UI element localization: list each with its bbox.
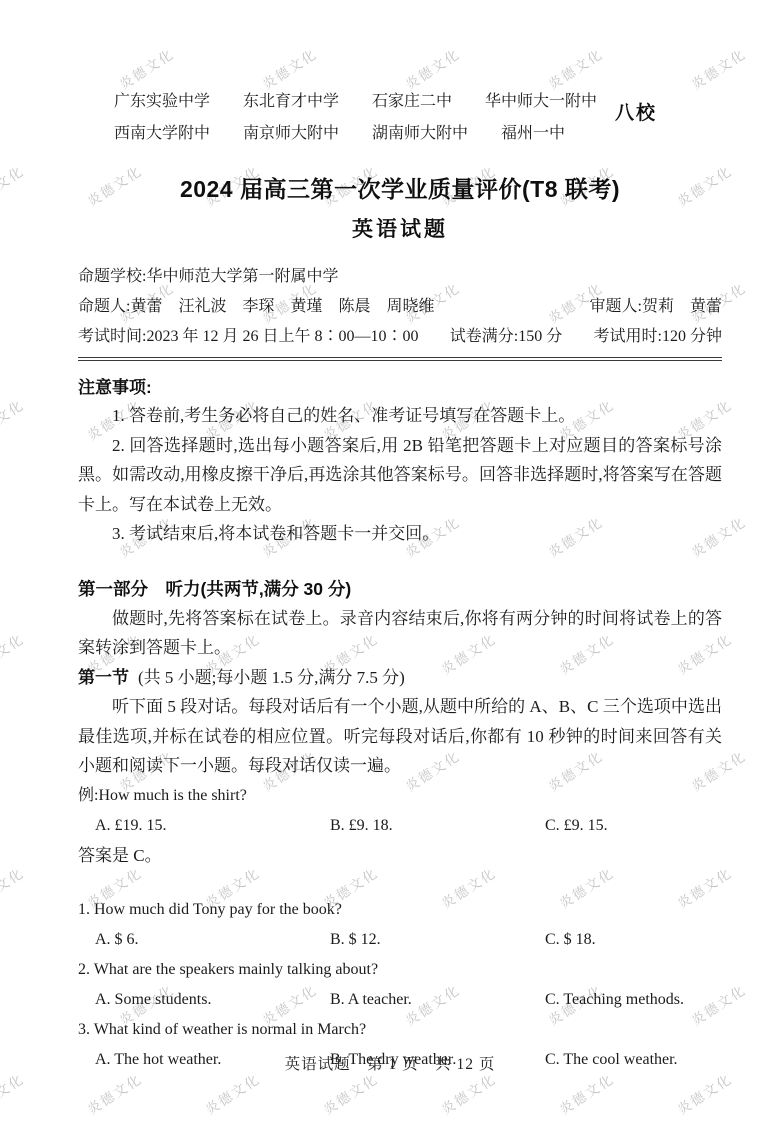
watermark-text: 炎德文化 — [0, 1068, 27, 1119]
watermark-text: 炎德文化 — [83, 1068, 146, 1119]
question-1-option-b: B. $ 12. — [330, 925, 545, 955]
watermark-text: 炎德文化 — [319, 1068, 382, 1119]
school-list: 广东实验中学 东北育才中学 石家庄二中 华中师大一附中 西南大学附中 南京师大附… — [78, 0, 722, 150]
exam-paper-page: 炎德文化炎德文化炎德文化炎德文化炎德文化炎德文化炎德文化炎德文化炎德文化炎德文化… — [0, 0, 780, 1126]
school-name: 西南大学附中 — [114, 125, 210, 142]
section1-label: 第一节 — [78, 668, 129, 687]
example-options: A. £19. 15. B. £9. 18. C. £9. 15. — [78, 811, 722, 841]
notice-item-2: 2. 回答选择题时,选出每小题答案后,用 2B 铅笔把答题卡上对应题目的答案标号… — [78, 431, 722, 520]
section1-label-rest: (共 5 小题;每小题 1.5 分,满分 7.5 分) — [138, 668, 405, 687]
section1-heading: 第一节(共 5 小题;每小题 1.5 分,满分 7.5 分) — [78, 663, 722, 693]
question-2-options: A. Some students. B. A teacher. C. Teach… — [78, 985, 722, 1015]
eight-schools-label: 八校 — [615, 98, 657, 125]
school-name: 石家庄二中 — [372, 93, 452, 110]
section1-instructions: 听下面 5 段对话。每段对话后有一个小题,从题中所给的 A、B、C 三个选项中选… — [78, 692, 722, 781]
question-2: 2. What are the speakers mainly talking … — [78, 955, 722, 1015]
question-1-option-a: A. $ 6. — [95, 925, 330, 955]
example-option-a: A. £19. 15. — [95, 811, 330, 841]
watermark-text: 炎德文化 — [0, 160, 27, 211]
part1-heading: 第一部分 听力(共两节,满分 30 分) — [78, 574, 722, 604]
exam-duration: 考试用时:120 分钟 — [594, 322, 722, 352]
exam-time-line: 考试时间:2023 年 12 月 26 日上午 8∶00—10∶00 试卷满分:… — [78, 322, 722, 352]
example-option-b: B. £9. 18. — [330, 811, 545, 841]
question-1-option-c: C. $ 18. — [545, 925, 722, 955]
question-1-options: A. $ 6. B. $ 12. C. $ 18. — [78, 925, 722, 955]
exam-title: 2024 届高三第一次学业质量评价(T8 联考) — [78, 172, 722, 206]
question-2-option-a: A. Some students. — [95, 985, 330, 1015]
example-answer-note: 答案是 C。 — [78, 841, 722, 871]
question-2-option-c: C. Teaching methods. — [545, 985, 722, 1015]
page-content: 广东实验中学 东北育才中学 石家庄二中 华中师大一附中 西南大学附中 南京师大附… — [78, 0, 722, 1075]
notice-heading: 注意事项: — [78, 375, 722, 401]
watermark-text: 炎德文化 — [0, 628, 27, 679]
example-prompt: 例:How much is the shirt? — [78, 781, 722, 811]
exam-meta: 命题学校:华中师范大学第一附属中学 命题人:黄蕾 汪礼波 李琛 黄瑾 陈晨 周晓… — [78, 262, 722, 352]
watermark-text: 炎德文化 — [0, 394, 27, 445]
exam-time: 考试时间:2023 年 12 月 26 日上午 8∶00—10∶00 — [78, 322, 418, 352]
watermark-text: 炎德文化 — [437, 1068, 500, 1119]
part1-intro: 做题时,先将答案标在试卷上。录音内容结束后,你将有两分钟的时间将试卷上的答案转涂… — [78, 604, 722, 663]
watermark-text: 炎德文化 — [555, 1068, 618, 1119]
question-2-text: 2. What are the speakers mainly talking … — [78, 955, 722, 985]
watermark-text: 炎德文化 — [0, 862, 27, 913]
setters-line: 命题人:黄蕾 汪礼波 李琛 黄瑾 陈晨 周晓维 审题人:贺莉 黄蕾 — [78, 292, 722, 322]
watermark-text: 炎德文化 — [673, 1068, 736, 1119]
subject-title: 英语试题 — [78, 214, 722, 246]
school-name: 南京师大附中 — [243, 125, 339, 142]
setters-names: 命题人:黄蕾 汪礼波 李琛 黄瑾 陈晨 周晓维 — [78, 292, 434, 322]
question-2-option-b: B. A teacher. — [330, 985, 545, 1015]
school-name: 广东实验中学 — [114, 93, 210, 110]
notice-item-3: 3. 考试结束后,将本试卷和答题卡一并交回。 — [78, 519, 722, 549]
school-name: 东北育才中学 — [243, 93, 339, 110]
setter-school-line: 命题学校:华中师范大学第一附属中学 — [78, 262, 722, 292]
watermark-text: 炎德文化 — [201, 1068, 264, 1119]
school-name: 湖南师大附中 — [372, 125, 468, 142]
school-name: 华中师大一附中 — [485, 93, 597, 110]
question-1-text: 1. How much did Tony pay for the book? — [78, 895, 722, 925]
example-option-c: C. £9. 15. — [545, 811, 722, 841]
reviewers-names: 审题人:贺莉 黄蕾 — [590, 292, 722, 322]
school-name: 福州一中 — [501, 125, 565, 142]
full-score: 试卷满分:150 分 — [450, 322, 562, 352]
page-footer: 英语试题 第 1 页 共 12 页 — [0, 1052, 780, 1074]
question-1: 1. How much did Tony pay for the book? A… — [78, 895, 722, 955]
divider-double-rule — [78, 357, 722, 361]
question-3-text: 3. What kind of weather is normal in Mar… — [78, 1015, 722, 1045]
notice-item-1: 1. 答卷前,考生务必将自己的姓名、准考证号填写在答题卡上。 — [78, 401, 722, 431]
